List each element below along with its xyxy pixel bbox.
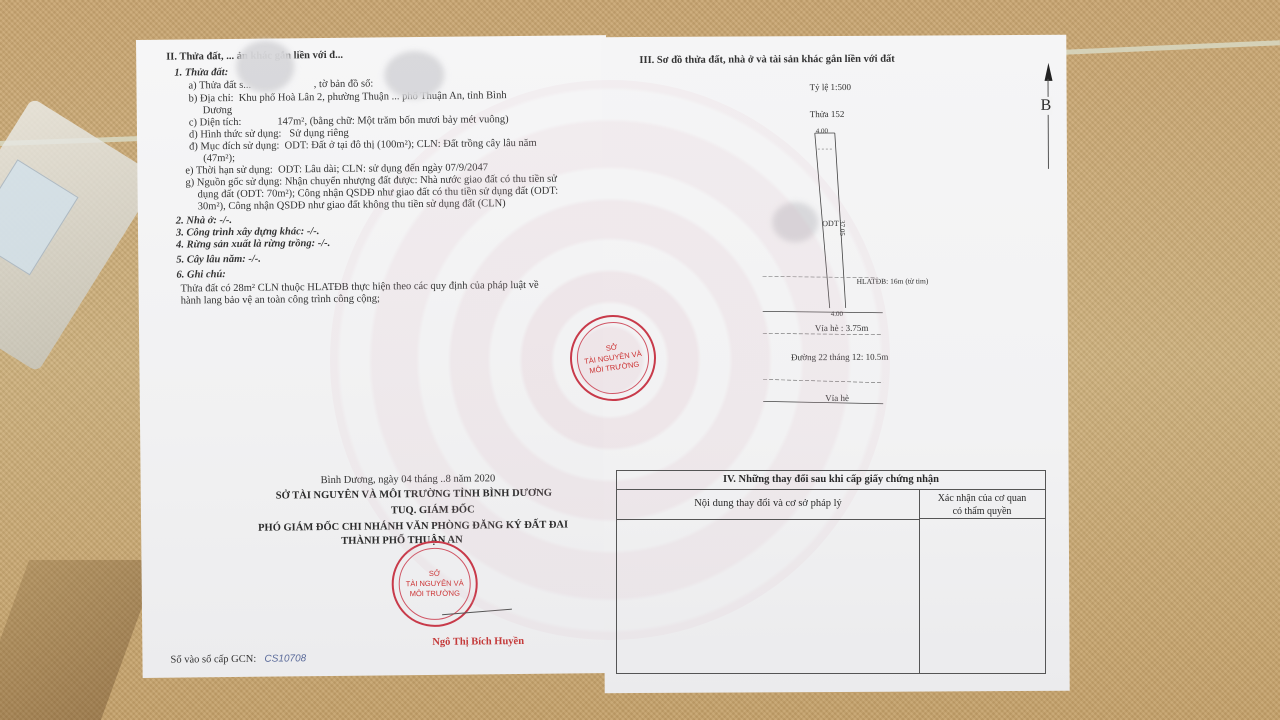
certificate-left-page: II. Thửa đất, ... ản khác gắn liền với đ… [136, 35, 613, 678]
redaction-blur [772, 202, 818, 242]
neighbor-parcel: Thửa 152 [810, 108, 845, 120]
dim-side: 37.05 [836, 220, 848, 236]
north-arrow: B [1041, 63, 1056, 173]
changes-cell-confirmation [919, 519, 1045, 673]
note-line-2: hành lang bảo vệ an toàn công trình công… [181, 293, 380, 307]
official-seal: SỞTÀI NGUYÊN VÀMÔI TRƯỜNG [391, 540, 478, 627]
corridor-label: HLATĐB: 16m (từ tim) [857, 276, 929, 288]
fabric-shadow [0, 560, 159, 720]
gcn-label: Số vào sổ cấp GCN: [170, 654, 256, 667]
authority-line-1: SỞ TÀI NGUYÊN VÀ MÔI TRƯỜNG TỈNH BÌNH DƯ… [276, 488, 552, 502]
house-row: 2. Nhà ở: -/-. [176, 215, 232, 228]
north-label: B [1040, 97, 1053, 115]
fabric-seam-right [1064, 40, 1280, 54]
usage-purpose-row: đ) Mục đích sử dụng: ODT: Đất ở tại đô t… [189, 138, 537, 154]
address-row: b) Địa chỉ: Khu phố Hoà Lân 2, phường Th… [189, 90, 507, 105]
changes-col-confirmation: Xác nhận của cơ quancó thẩm quyền [919, 489, 1045, 519]
section-iii-title: III. Sơ đồ thửa đất, nhà ở và tài sản kh… [639, 54, 894, 67]
road-label: Đường 22 tháng 12: 10.5m [791, 351, 888, 364]
dim-bottom: 4.00 [831, 308, 843, 320]
changes-col-content: Nội dung thay đổi và cơ sở pháp lý [617, 489, 920, 520]
sidewalk-label-2: Vỉa hè [825, 392, 849, 404]
signing-date: Bình Dương, ngày 04 tháng ..8 năm 2020 [321, 473, 496, 487]
dim-top: 4.00 [816, 125, 828, 137]
gcn-number: CS10708 [264, 653, 306, 664]
usage-purpose-cont: (47m²); [203, 153, 235, 165]
sidewalk-label-1: Vỉa hè : 3.75m [815, 322, 869, 334]
parcel-diagram [752, 121, 914, 417]
changes-table: IV. Những thay đổi sau khi cấp giấy chứn… [616, 470, 1046, 674]
authority-line-2: TUQ. GIÁM ĐỐC [391, 504, 475, 516]
address-cont: Dương [203, 105, 232, 117]
changes-table-title: IV. Những thay đổi sau khi cấp giấy chứn… [617, 471, 1045, 490]
scale-label: Tỷ lệ 1:500 [810, 81, 852, 93]
authority-line-3: PHÓ GIÁM ĐỐC CHI NHÁNH VĂN PHÒNG ĐĂNG KÝ… [258, 520, 568, 534]
forest-row: 4. Rừng sản xuất là rừng trồng: -/-. [176, 238, 330, 252]
land-heading: 1. Thửa đất: [174, 67, 228, 80]
changes-cell-content [617, 519, 920, 673]
origin-cont-2: 30m²), Công nhận QSDĐ như giao đất không… [198, 198, 506, 213]
note-heading: 6. Ghi chú: [176, 269, 225, 282]
perennial-row: 5. Cây lâu năm: -/-. [176, 254, 261, 267]
signer-name: Ngô Thị Bích Huyền [432, 636, 524, 648]
